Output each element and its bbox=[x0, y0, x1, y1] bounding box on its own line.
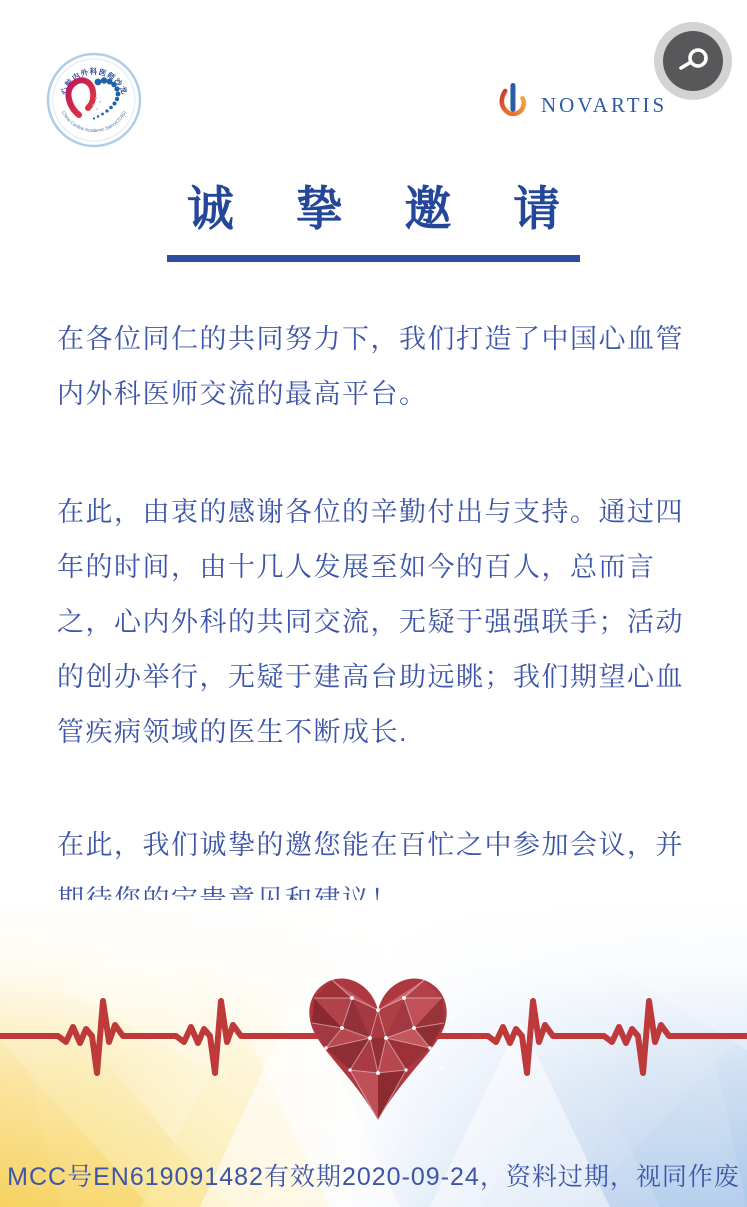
title-underline bbox=[167, 255, 580, 262]
paragraph-1: 在各位同仁的共同努力下，我们打造了中国心血管内外科医师交流的最高平台。 bbox=[57, 312, 697, 422]
float-window-button[interactable] bbox=[654, 22, 732, 100]
novartis-wordmark: NOVARTIS bbox=[541, 85, 667, 118]
bottom-banner: MCC号EN619091482有效期2020-09-24，资料过期，视同作废 bbox=[0, 900, 747, 1207]
invitation-page: 心脏内外科医师沙龙 China Cardiac Academic Salon(C… bbox=[0, 0, 747, 1207]
float-window-button-inner bbox=[663, 31, 723, 91]
page-title: 诚 挚 邀 请 bbox=[0, 182, 747, 238]
novartis-logo: NOVARTIS bbox=[497, 82, 667, 120]
novartis-flame-icon bbox=[497, 82, 528, 120]
mcc-approval-text: MCC号EN619091482有效期2020-09-24，资料过期，视同作废 bbox=[0, 1157, 747, 1193]
ccas-logo: 心脏内外科医师沙龙 China Cardiac Academic Salon(C… bbox=[46, 52, 142, 148]
polygon-heart bbox=[292, 968, 464, 1134]
paragraph-2: 在此，由衷的感谢各位的辛勤付出与支持。通过四年的时间，由十几人发展至如今的百人，… bbox=[57, 485, 697, 760]
float-window-icon bbox=[673, 43, 713, 79]
